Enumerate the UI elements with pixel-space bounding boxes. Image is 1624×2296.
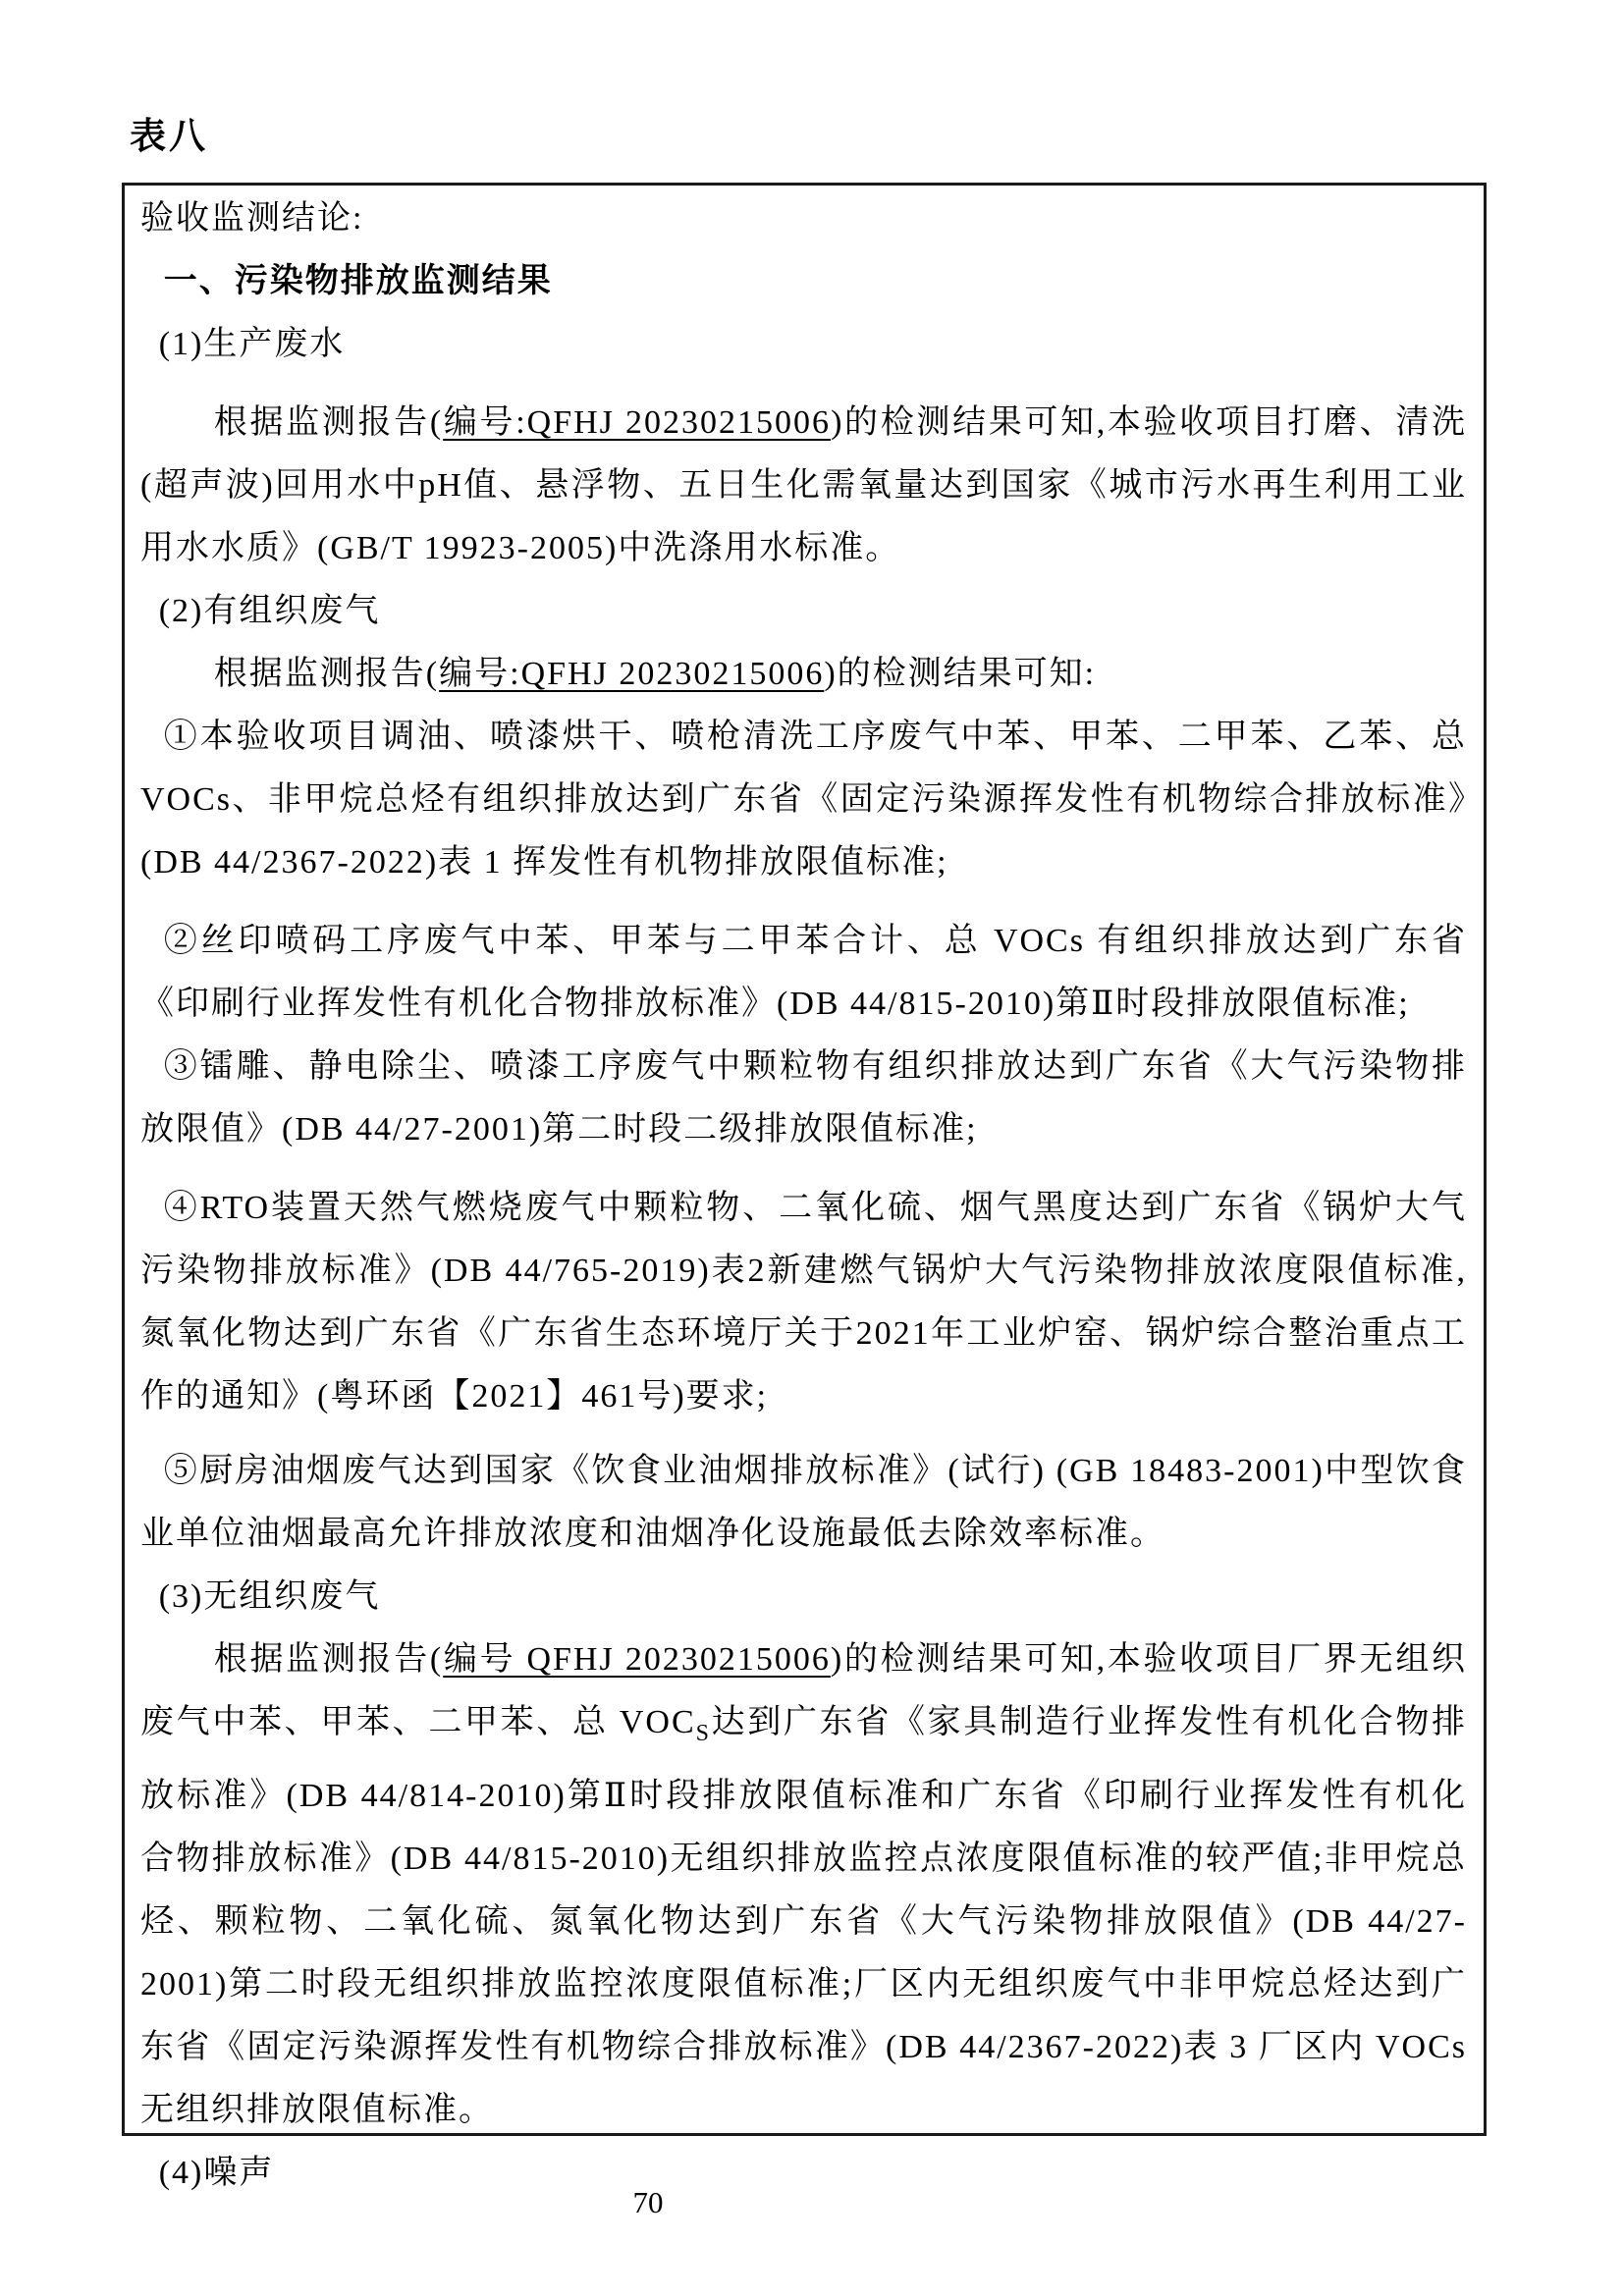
paragraph-wastewater: 根据监测报告(编号:QFHJ 20230215006)的检测结果可知,本验收项目… [140,392,1467,580]
section-heading-pollutant-monitoring-results: 一、污染物排放监测结果 [140,250,1467,313]
organized-item-2: ②丝印喷码工序废气中苯、甲苯与二甲苯合计、总 VOCs 有组织排放达到广东省《印… [140,910,1467,1036]
paragraph-fugitive: 根据监测报告(编号 QFHJ 20230215006)的检测结果可知,本验收项目… [140,1629,1467,2142]
paragraph-organized-intro: 根据监测报告(编号:QFHJ 20230215006)的检测结果可知: [140,643,1467,706]
organized-item-5: ⑤厨房油烟废气达到国家《饮食业油烟排放标准》(试行) (GB 18483-200… [140,1440,1467,1566]
paragraph-fugitive-pre: 根据监测报告( [214,1641,443,1678]
document-page: 表八 验收监测结论: 一、污染物排放监测结果 (1)生产废水 根据监测报告(编号… [0,0,1624,2296]
subsection-heading-noise: (4)噪声 [140,2142,1467,2205]
report-number-ref: 编号:QFHJ 20230215006 [439,656,824,692]
conclusion-box: 验收监测结论: 一、污染物排放监测结果 (1)生产废水 根据监测报告(编号:QF… [122,183,1487,2136]
paragraph-fugitive-post: 达到广东省《家具制造行业挥发性有机化合物排放标准》(DB 44/814-2010… [140,1704,1467,2128]
voc-subscript: S [696,1721,711,1746]
table-label: 表八 [130,106,208,159]
organized-item-1: ①本验收项目调油、喷漆烘干、喷枪清洗工序废气中苯、甲苯、二甲苯、乙苯、总 VOC… [140,706,1467,894]
subsection-heading-organized-waste-gas: (2)有组织废气 [140,580,1467,643]
page-number: 70 [619,2185,677,2220]
paragraph-organized-intro-pre: 根据监测报告( [214,656,439,692]
subsection-heading-fugitive-waste-gas: (3)无组织废气 [140,1566,1467,1629]
report-number-ref: 编号 QFHJ 20230215006 [443,1641,831,1678]
conclusion-label: 验收监测结论: [140,187,1467,250]
organized-item-3: ③镭雕、静电除尘、喷漆工序废气中颗粒物有组织排放达到广东省《大气污染物排放限值》… [140,1036,1467,1161]
report-number-ref: 编号:QFHJ 20230215006 [443,404,831,441]
paragraph-organized-intro-post: )的检测结果可知: [824,656,1096,692]
organized-item-4: ④RTO装置天然气燃烧废气中颗粒物、二氧化硫、烟气黑度达到广东省《锅炉大气污染物… [140,1177,1467,1428]
subsection-heading-production-wastewater: (1)生产废水 [140,313,1467,376]
paragraph-wastewater-pre: 根据监测报告( [214,404,443,441]
